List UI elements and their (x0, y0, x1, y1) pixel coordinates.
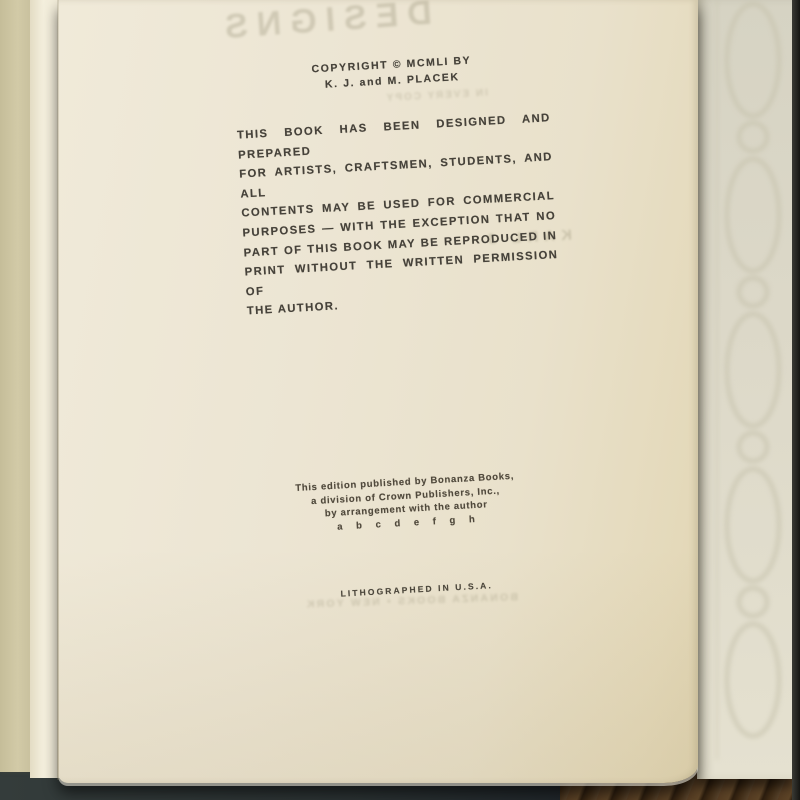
lithographed-line: LITHOGRAPHED IN U.S.A. (201, 572, 633, 606)
gutter-highlight (30, 0, 60, 778)
permissions-notice-paragraph: THIS BOOK HAS BEEN DESIGNED AND PREPARED… (237, 109, 561, 322)
gutter-crease-line (57, 0, 59, 780)
copyright-block: COPYRIGHT © MCMLI BY K. J. and M. PLACEK (171, 46, 612, 102)
photo-root: { "colors": { "ink": "#46423a", "page": … (0, 0, 800, 800)
edition-block: This edition published by Bonanza Books,… (195, 464, 617, 541)
left-page-edge (0, 0, 32, 772)
book-fore-edge-dark-strip (792, 0, 800, 800)
facing-page-ornament (711, 0, 791, 760)
page-content: COPYRIGHT © MCMLI BY K. J. and M. PLACEK… (170, 28, 643, 652)
facing-page (697, 0, 793, 779)
